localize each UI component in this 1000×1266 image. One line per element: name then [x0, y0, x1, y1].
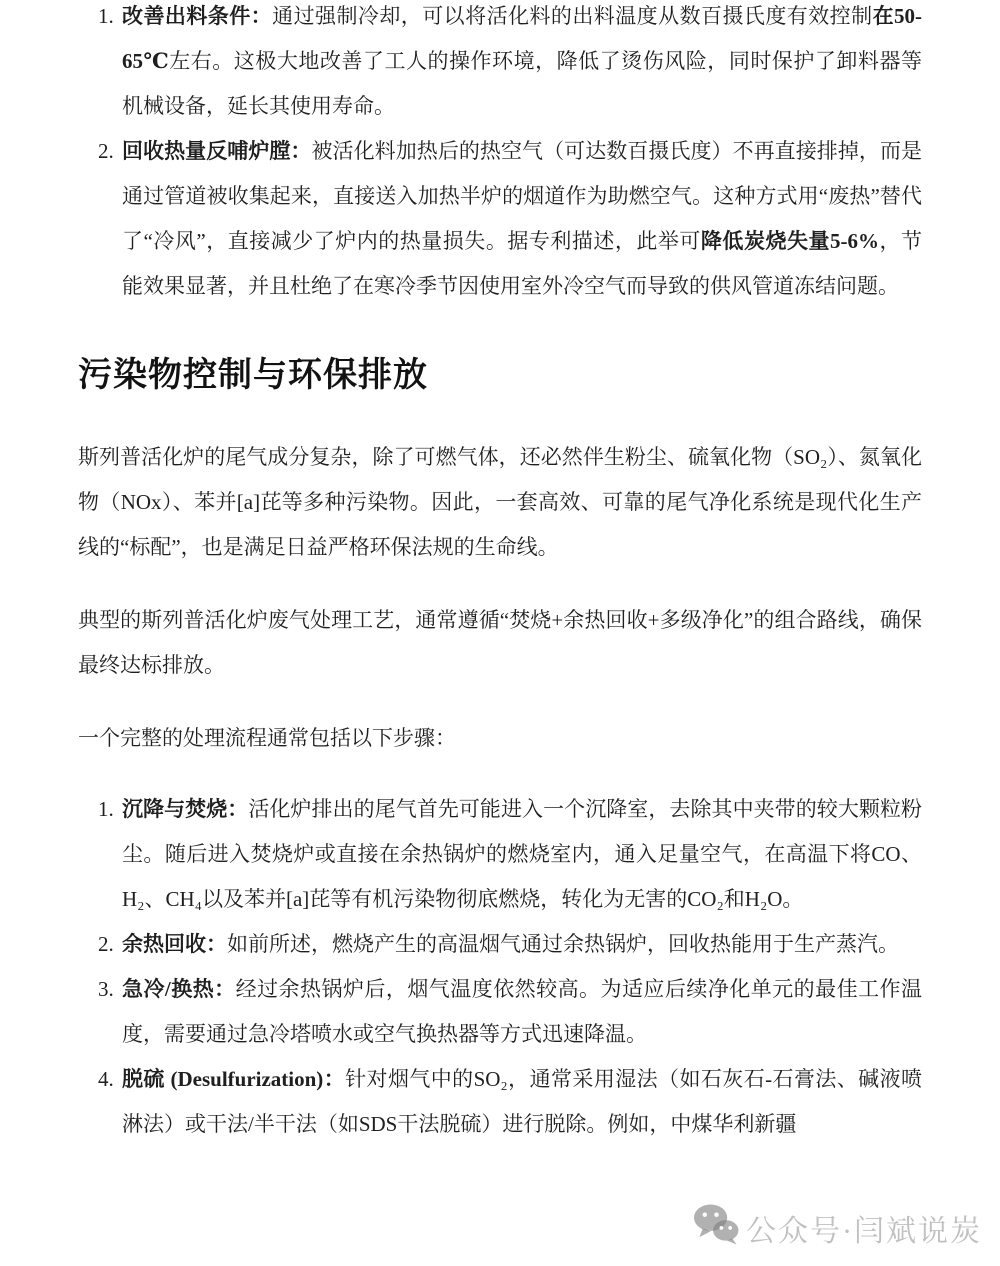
list-number: 3. [98, 967, 114, 1012]
list-item-quench-heat-exchange: 3. 急冷/换热：经过余热锅炉后，烟气温度依然较高。为适应后续净化单元的最佳工作… [78, 967, 922, 1057]
watermark-text: 公众号·闫斌说炭 [746, 1206, 982, 1250]
numbered-list-steps: 1. 沉降与焚烧：活化炉排出的尾气首先可能进入一个沉降室，去除其中夹带的较大颗粒… [78, 787, 922, 1147]
list-number: 2. [98, 922, 114, 967]
numbered-list-top: 1. 改善出料条件：通过强制冷却，可以将活化料的出料温度从数百摄氏度有效控制在5… [78, 0, 922, 309]
section-heading: 污染物控制与环保排放 [78, 353, 922, 397]
list-number: 1. [98, 787, 114, 832]
watermark: 公众号·闫斌说炭 [692, 1202, 982, 1253]
wechat-icon [692, 1202, 739, 1253]
list-item-text: 回收热量反哺炉膛：被活化料加热后的热空气（可达数百摄氏度）不再直接排掉，而是通过… [122, 139, 922, 298]
list-item-improve-discharge: 1. 改善出料条件：通过强制冷却，可以将活化料的出料温度从数百摄氏度有效控制在5… [78, 0, 922, 129]
article-page: { "colors": { "text": "#1f1f1f", "headin… [0, 0, 1000, 1266]
paragraph-steps-lead-in: 一个完整的处理流程通常包括以下步骤： [78, 716, 922, 761]
list-item-text: 脱硫 (Desulfurization)：针对烟气中的SO₂，通常采用湿法（如石… [122, 1067, 922, 1136]
list-item-heat-recovery-furnace: 2. 回收热量反哺炉膛：被活化料加热后的热空气（可达数百摄氏度）不再直接排掉，而… [78, 129, 922, 309]
list-item-text: 沉降与焚烧：活化炉排出的尾气首先可能进入一个沉降室，去除其中夹带的较大颗粒粉尘。… [122, 797, 922, 911]
list-item-text: 急冷/换热：经过余热锅炉后，烟气温度依然较高。为适应后续净化单元的最佳工作温度，… [122, 977, 922, 1046]
list-item-text: 改善出料条件：通过强制冷却，可以将活化料的出料温度从数百摄氏度有效控制在50-6… [122, 4, 922, 118]
list-item-settling-incineration: 1. 沉降与焚烧：活化炉排出的尾气首先可能进入一个沉降室，去除其中夹带的较大颗粒… [78, 787, 922, 922]
article-content: 1. 改善出料条件：通过强制冷却，可以将活化料的出料温度从数百摄氏度有效控制在5… [78, 0, 922, 1147]
paragraph-process-route: 典型的斯列普活化炉废气处理工艺，通常遵循“焚烧+余热回收+多级净化”的组合路线，… [78, 598, 922, 688]
list-number: 2. [98, 129, 114, 174]
list-item-desulfurization: 4. 脱硫 (Desulfurization)：针对烟气中的SO₂，通常采用湿法… [78, 1057, 922, 1147]
paragraph-pollutants-intro: 斯列普活化炉的尾气成分复杂，除了可燃气体，还必然伴生粉尘、硫氧化物（SO₂）、氮… [78, 435, 922, 570]
list-number: 4. [98, 1057, 114, 1102]
list-item-waste-heat-recovery: 2. 余热回收：如前所述，燃烧产生的高温烟气通过余热锅炉，回收热能用于生产蒸汽。 [78, 922, 922, 967]
list-item-text: 余热回收：如前所述，燃烧产生的高温烟气通过余热锅炉，回收热能用于生产蒸汽。 [122, 932, 899, 956]
list-number: 1. [98, 0, 114, 39]
